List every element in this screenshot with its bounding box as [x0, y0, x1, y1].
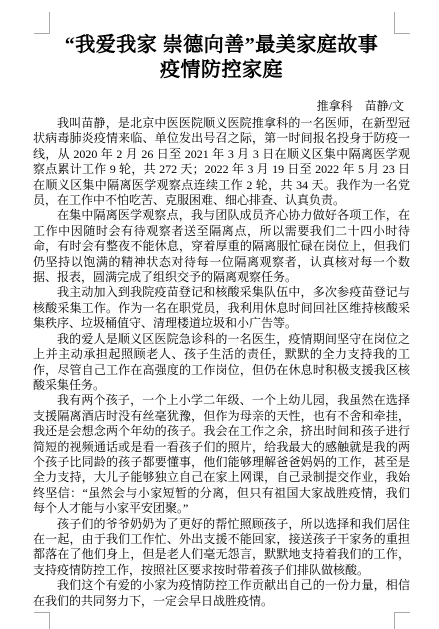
byline: 推拿科 苗静/文 — [33, 99, 410, 114]
document-title: “我爱我家 崇德向善”最美家庭故事 疫情防控家庭 — [33, 33, 410, 83]
crop-mark-bottom-right — [394, 612, 410, 629]
paragraph: 在集中隔离医学观察点，我与团队成员齐心协力做好各项工作，在工作中因随时会有待观察… — [33, 208, 410, 285]
document-content: “我爱我家 崇德向善”最美家庭故事 疫情防控家庭 推拿科 苗静/文 我叫苗静，是… — [33, 0, 410, 609]
paragraph: 我主动加入到我院疫苗登记和核酸采集队伍中，多次参疫苗登记与核酸采集工作。作为一名… — [33, 285, 410, 331]
paragraph: 我有两个孩子，一个上小学二年级、一个上幼儿园，我虽然在选择支援隔离酒店时没有丝毫… — [33, 393, 410, 516]
document-page: “我爱我家 崇德向善”最美家庭故事 疫情防控家庭 推拿科 苗静/文 我叫苗静，是… — [0, 0, 439, 629]
paragraph: 我的爱人是顺义区医院急诊科的一名医生，疫情期间坚守在岗位之上并主动承担起照顾老人… — [33, 332, 410, 394]
title-line-1: “我爱我家 崇德向善”最美家庭故事 — [33, 33, 410, 58]
paragraph: 我们这个有爱的小家为疫情防控工作贡献出自己的一份力量，相信在我们的共同努力下，一… — [33, 578, 410, 609]
crop-mark-bottom-left — [34, 612, 50, 629]
paragraph: 我叫苗静，是北京中医医院顺义医院推拿科的一名医师，在新型冠状病毒肺炎疫情来临、单… — [33, 116, 410, 208]
title-line-2: 疫情防控家庭 — [33, 58, 410, 83]
paragraph: 孩子们的爷爷奶奶为了更好的帮忙照顾孩子，所以选择和我们居住在一起，由于我们工作忙… — [33, 517, 410, 579]
